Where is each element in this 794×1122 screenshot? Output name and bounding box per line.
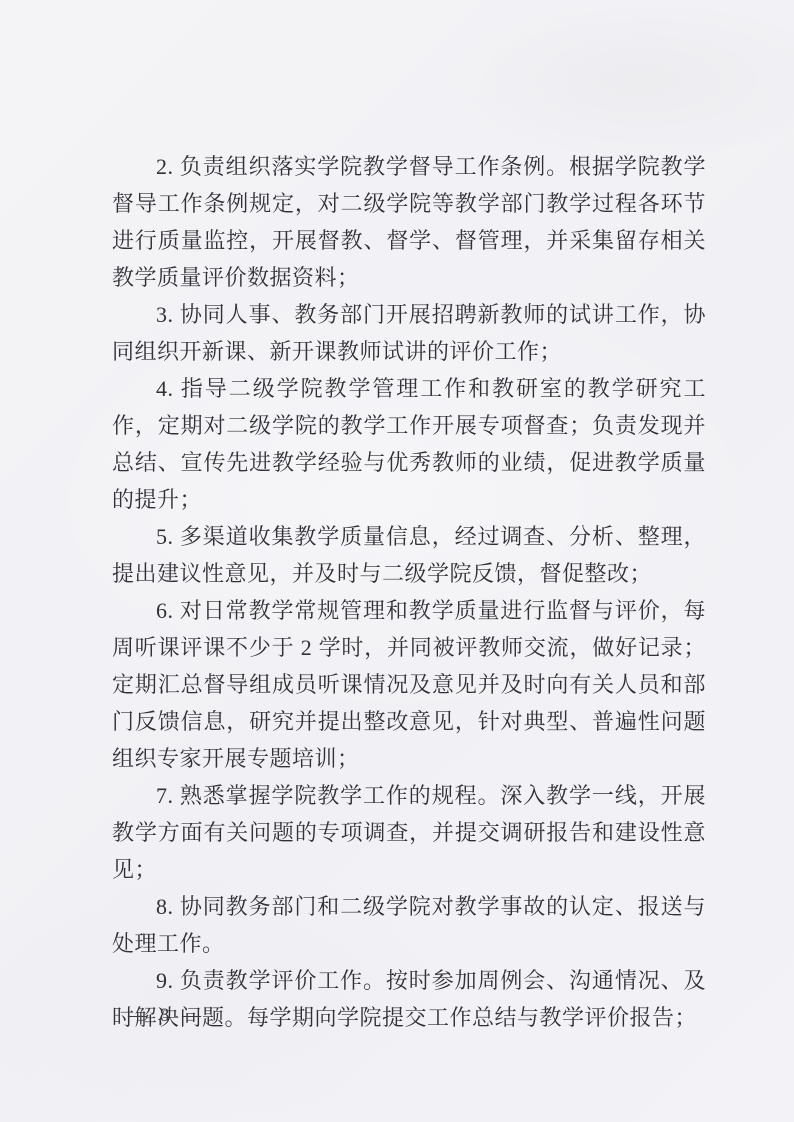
paragraph: 3. 协同人事、教务部门开展招聘新教师的试讲工作，协同组织开新课、新开课教师试讲…	[112, 296, 706, 370]
paragraph: 6. 对日常教学常规管理和教学质量进行监督与评价，每周听课评课不少于 2 学时，…	[112, 592, 706, 777]
paragraph: 8. 协同教务部门和二级学院对教学事故的认定、报送与处理工作。	[112, 888, 706, 962]
page-number: — 8 —	[128, 1005, 205, 1027]
document-page: 2. 负责组织落实学院教学督导工作条例。根据学院教学督导工作条例规定，对二级学院…	[0, 0, 794, 1122]
paragraph: 4. 指导二级学院教学管理工作和教研室的教学研究工作，定期对二级学院的教学工作开…	[112, 370, 706, 518]
paragraph: 7. 熟悉掌握学院教学工作的规程。深入教学一线，开展教学方面有关问题的专项调查，…	[112, 777, 706, 888]
paragraph: 2. 负责组织落实学院教学督导工作条例。根据学院教学督导工作条例规定，对二级学院…	[112, 148, 706, 296]
document-body: 2. 负责组织落实学院教学督导工作条例。根据学院教学督导工作条例规定，对二级学院…	[112, 148, 706, 1036]
paragraph: 5. 多渠道收集教学质量信息，经过调查、分析、整理，提出建议性意见，并及时与二级…	[112, 518, 706, 592]
